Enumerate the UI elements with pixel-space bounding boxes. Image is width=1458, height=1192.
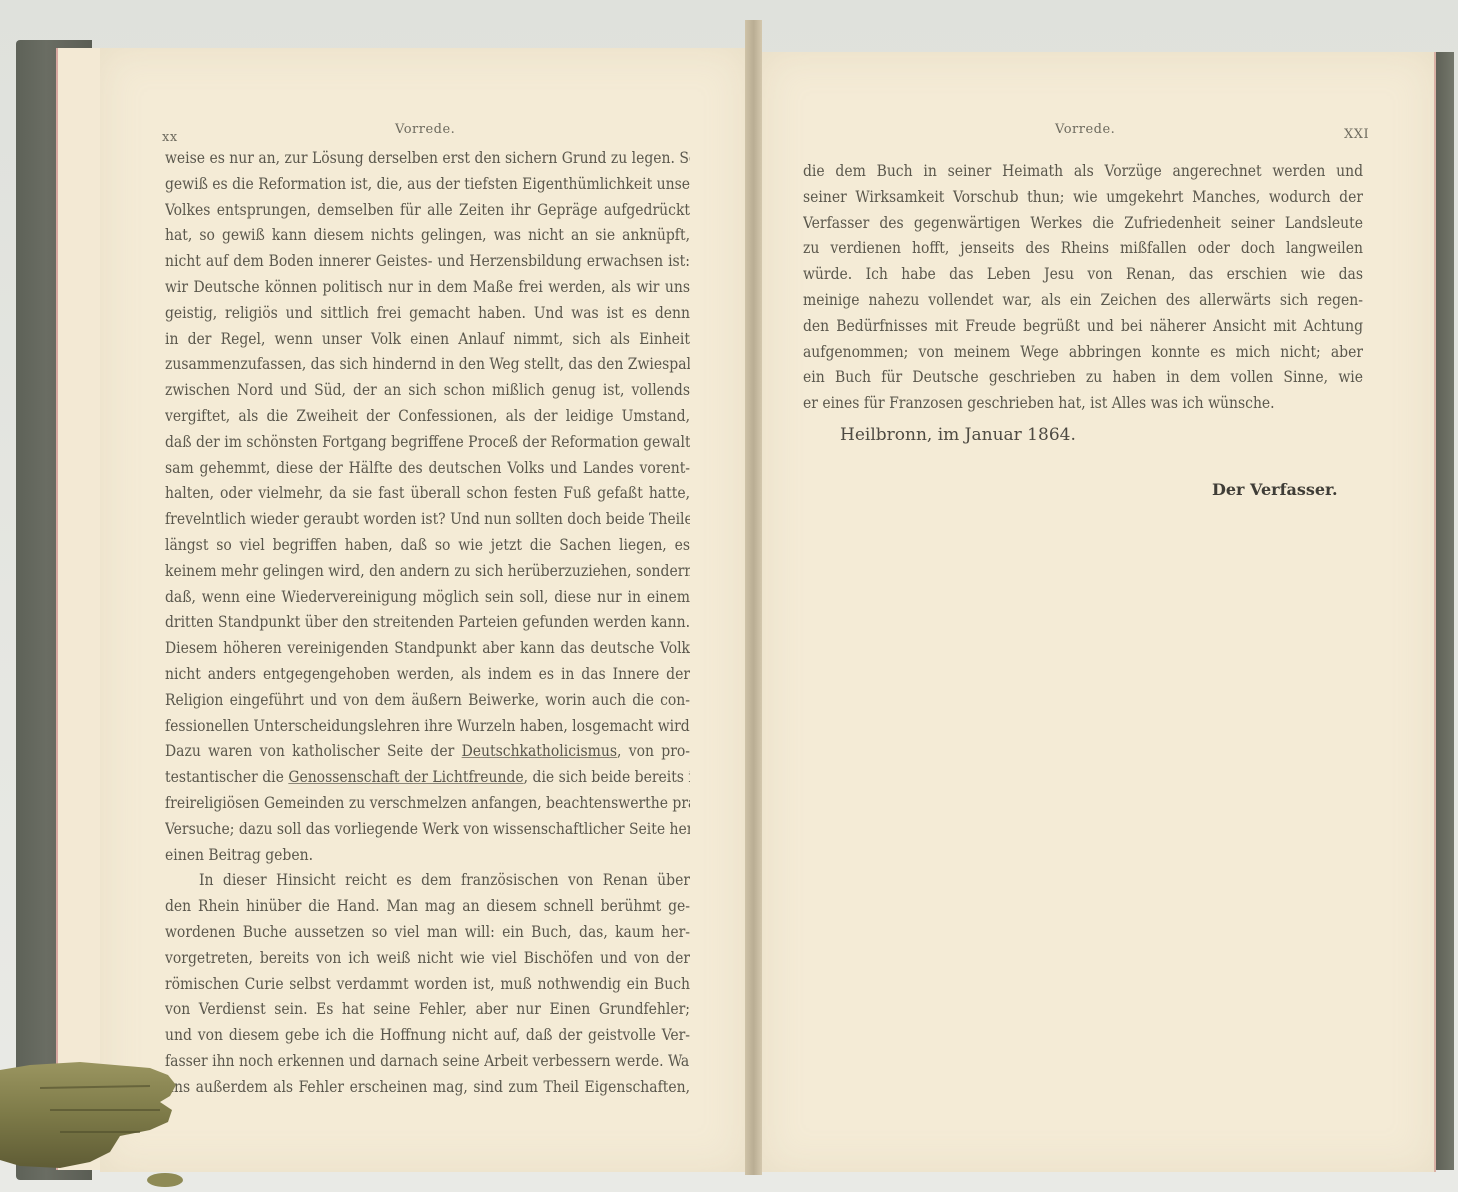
text-line: würde. Ich habe das Leben Jesu von Renan… [803,262,1363,288]
text-line: zwischen Nord und Süd, der an sich schon… [165,378,690,404]
text-line: fessionellen Unterscheidungslehren ihre … [165,714,690,740]
author-signature: Der Verfasser. [1212,480,1338,499]
text-line: Diesem höheren vereinigenden Standpunkt … [165,636,690,662]
brass-hand-clip-icon [0,1040,185,1190]
text-line: In dieser Hinsicht reicht es dem französ… [165,868,690,894]
underlined-term: Deutschkatholicismus [462,742,617,760]
right-page-text: die dem Buch in seiner Heimath als Vorzü… [803,159,1363,417]
text-line: von Verdienst sein. Es hat seine Fehler,… [165,997,690,1023]
running-head-right: Vorrede. [1055,122,1115,137]
text-line: den Bedürfnisses mit Freude begrüßt und … [803,314,1363,340]
text-line: hat, so gewiß kann diesem nichts gelinge… [165,223,690,249]
text-line: seiner Wirksamkeit Vorschub thun; wie um… [803,185,1363,211]
text-line: nicht anders entgegengehoben werden, als… [165,662,690,688]
text-line: Volkes entsprungen, demselben für alle Z… [165,198,690,224]
text-line: Religion eingeführt und von dem äußern B… [165,688,690,714]
text-line: aufgenommen; von meinem Wege abbringen k… [803,340,1363,366]
text-line: testantischer die Genossenschaft der Lic… [165,765,690,791]
text-line: uns außerdem als Fehler erscheinen mag, … [165,1075,690,1101]
text-line: einen Beitrag geben. [165,843,690,869]
page-number-right: XXI [1344,127,1369,142]
text-line: sam gehemmt, diese der Hälfte des deutsc… [165,456,690,482]
text-line: dritten Standpunkt über den streitenden … [165,610,690,636]
text-line: zusammenzufassen, das sich hindernd in d… [165,352,690,378]
text-line: Dazu waren von katholischer Seite der De… [165,739,690,765]
text-line: meinige nahezu vollendet war, als ein Ze… [803,288,1363,314]
text-line: in der Regel, wenn unser Volk einen Anla… [165,327,690,353]
text-line: ein Buch für Deutsche geschrieben zu hab… [803,365,1363,391]
page-number-left: xx [162,130,178,145]
place-date: Heilbronn, im Januar 1864. [840,425,1076,445]
text-line: halten, oder vielmehr, da sie fast übera… [165,481,690,507]
text-line: wordenen Buche aussetzen so viel man wil… [165,920,690,946]
text-line: und von diesem gebe ich die Hoffnung nic… [165,1023,690,1049]
text-line: Versuche; dazu soll das vorliegende Werk… [165,817,690,843]
text-line: gewiß es die Reformation ist, die, aus d… [165,172,690,198]
text-line: freireligiösen Gemeinden zu verschmelzen… [165,791,690,817]
book-gutter [745,20,762,1175]
text-line: keinem mehr gelingen wird, den andern zu… [165,559,690,585]
text-line: den Rhein hinüber die Hand. Man mag an d… [165,894,690,920]
text-line: Verfasser des gegenwärtigen Werkes die Z… [803,211,1363,237]
text-line: zu verdienen hofft, jenseits des Rheins … [803,236,1363,262]
underlined-term: Genossenschaft der Lichtfreunde [288,768,523,786]
text-line: frevelntlich wieder geraubt worden ist? … [165,507,690,533]
text-line: er eines für Franzosen geschrieben hat, … [803,391,1363,417]
text-line: daß der im schönsten Fortgang begriffene… [165,430,690,456]
left-page-text: weise es nur an, zur Lösung derselben er… [165,146,690,1100]
text-line: die dem Buch in seiner Heimath als Vorzü… [803,159,1363,185]
text-line: fasser ihn noch erkennen und darnach sei… [165,1049,690,1075]
text-line: weise es nur an, zur Lösung derselben er… [165,146,690,172]
text-line: nicht auf dem Boden innerer Geistes- und… [165,249,690,275]
running-head-left: Vorrede. [395,122,455,137]
text-line: römischen Curie selbst verdammt worden i… [165,972,690,998]
text-line: geistig, religiös und sittlich frei gema… [165,301,690,327]
text-line: wir Deutsche können politisch nur in dem… [165,275,690,301]
text-line: vorgetreten, bereits von ich weiß nicht … [165,946,690,972]
text-line: vergiftet, als die Zweiheit der Confessi… [165,404,690,430]
text-line: längst so viel begriffen haben, daß so w… [165,533,690,559]
text-line: daß, wenn eine Wiedervereinigung möglich… [165,585,690,611]
